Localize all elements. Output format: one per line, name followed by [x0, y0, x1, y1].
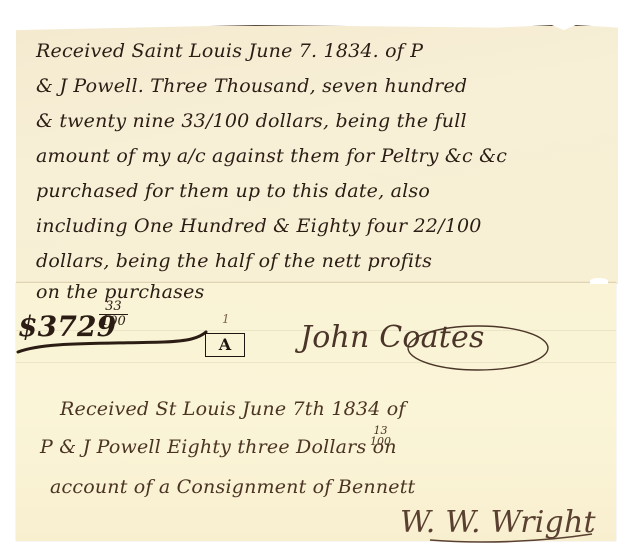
receipt-1-line-4: amount of my a/c against them for Peltry… [36, 145, 507, 167]
signature-2-underline [420, 520, 600, 548]
document-scan: Received Saint Louis June 7. 1834. of P … [0, 0, 640, 558]
receipt-2-line-1: Received St Louis June 7th 1834 of [60, 398, 406, 420]
receipt-1-line-3: & twenty nine 33/100 dollars, being the … [36, 110, 467, 132]
receipt-1-line-2: & J Powell. Three Thousand, seven hundre… [36, 75, 467, 97]
fraction-denominator: 100 [370, 436, 391, 447]
receipt-1-amount-fraction: 33 100 [99, 300, 128, 329]
paper-tear [590, 278, 608, 284]
receipt-1-line-6: including One Hundred & Eighty four 22/1… [36, 215, 482, 237]
receipt-1-line-7: dollars, being the half of the nett prof… [36, 250, 432, 272]
receipt-2-fraction: 13 100 [370, 425, 391, 447]
receipt-1-line-1: Received Saint Louis June 7. 1834. of P [36, 40, 423, 62]
fraction-numerator: 33 [99, 300, 128, 315]
fraction-denominator: 100 [99, 315, 128, 329]
stamp-box-a: A [205, 333, 245, 357]
receipt-1-line-5: purchased for them up to this date, also [36, 180, 430, 202]
stamp-tick-mark: 1 [222, 312, 230, 326]
receipt-2-line-2: P & J Powell Eighty three Dollars on [40, 436, 397, 458]
receipt-2-line-3: account of a Consignment of Bennett [50, 476, 415, 498]
signature-flourish-oval [400, 322, 550, 374]
amount-underline-flourish [14, 330, 214, 360]
